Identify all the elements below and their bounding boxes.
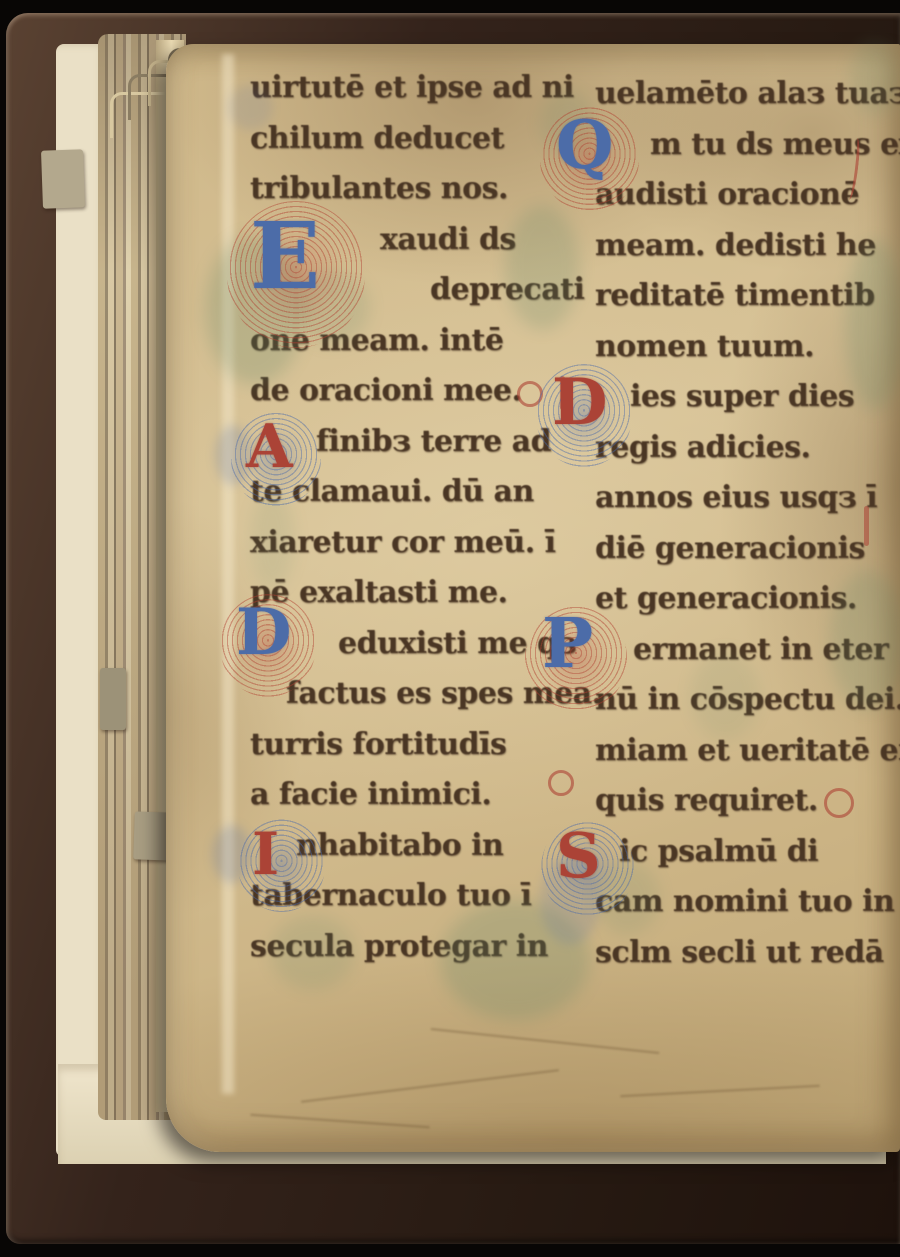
left-column: uirtutē et ipse ad nichilum deducettribu… xyxy=(250,70,580,979)
right-line-18: sclm secli ut redā xyxy=(595,935,900,986)
stain xyxy=(830,570,900,710)
left-line-12: eduxisti me qз xyxy=(338,626,580,677)
stain xyxy=(250,490,295,590)
right-line-15: quis requiret. xyxy=(595,783,900,834)
stain xyxy=(505,205,580,330)
stain xyxy=(295,270,370,345)
crease xyxy=(620,1085,820,1097)
blue-penwork-smudge xyxy=(540,855,600,945)
left-line-11: pē exaltasti me. xyxy=(250,575,580,626)
left-line-7: de oracioni mee. xyxy=(250,373,580,424)
right-line-3: audisti oracionē xyxy=(595,177,900,228)
stain xyxy=(270,915,355,990)
left-line-1: uirtutē et ipse ad ni xyxy=(250,70,580,121)
stain xyxy=(850,40,900,115)
under-leaf-edge xyxy=(222,54,234,1094)
left-line-9: te clamaui. dū an xyxy=(250,474,580,525)
stain xyxy=(845,240,900,410)
stain xyxy=(205,235,305,385)
right-line-14: miam et ueritatē eius xyxy=(595,733,900,784)
crease xyxy=(301,1069,559,1103)
parchment-tab xyxy=(100,668,126,730)
left-line-15: a facie inimici. xyxy=(250,777,580,828)
parchment-page: uirtutē et ipse ad nichilum deducettribu… xyxy=(166,44,900,1152)
crease xyxy=(431,1028,660,1054)
right-line-2: m tu ds meus ex xyxy=(650,127,900,178)
right-column: uelamēto alaз tuaзm tu ds meus exaudisti… xyxy=(595,76,900,985)
right-line-16: ic psalmū di xyxy=(619,834,900,885)
stain xyxy=(595,860,660,935)
crease xyxy=(250,1114,430,1129)
right-line-9: annos eius usqз ī xyxy=(595,480,900,531)
left-line-2: chilum deducet xyxy=(250,121,580,172)
blue-penwork-smudge xyxy=(228,85,273,130)
left-line-10: xiaretur cor meū. ī xyxy=(250,525,580,576)
manuscript-photo: { "manuscript": { "left_column": { "line… xyxy=(0,0,900,1257)
parchment-tab xyxy=(41,149,85,208)
left-line-14: turris fortitudīs xyxy=(250,727,580,778)
right-line-8: regis adicies. xyxy=(595,430,900,481)
left-line-13: factus es spes mea. xyxy=(286,676,580,727)
left-line-16: nhabitabo in xyxy=(296,828,580,879)
left-line-8: finibз terre ad xyxy=(316,424,580,475)
stain xyxy=(690,650,760,740)
stain xyxy=(540,90,595,155)
blue-penwork-smudge xyxy=(212,825,252,883)
blue-penwork-smudge xyxy=(215,425,251,485)
